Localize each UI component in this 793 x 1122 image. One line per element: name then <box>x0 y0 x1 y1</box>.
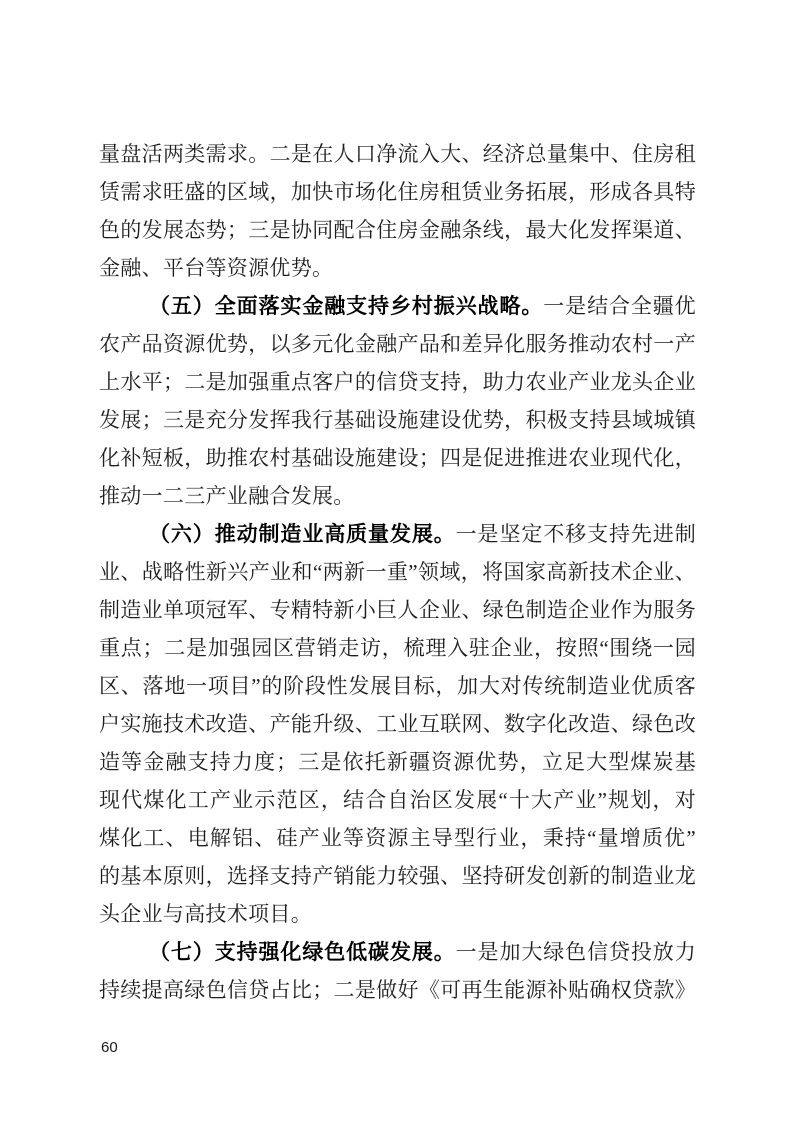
paragraph-heading-line-6: （六）推动制造业高质量发展。一是坚定不移支持先进制造 <box>99 515 696 553</box>
text-line: 色的发展态势；三是协同配合住房金融条线，最大化发挥渠道、 <box>99 211 696 249</box>
text-line: 煤化工、电解铝、硅产业等资源主导型行业，秉持“量增质优” <box>99 819 696 857</box>
paragraph-end-line: 推动一二三产业融合发展。 <box>99 477 696 515</box>
section-6-heading: （六）推动制造业高质量发展。 <box>149 522 456 546</box>
section-5-heading: （五）全面落实金融支持乡村振兴战略。 <box>149 294 543 318</box>
text-line: 持续提高绿色信贷占比；二是做好《可再生能源补贴确权贷款》 <box>99 971 696 1009</box>
section-7-heading: （七）支持强化绿色低碳发展。 <box>149 940 456 964</box>
text-line: 量盘活两类需求。二是在人口净流入大、经济总量集中、住房租 <box>99 135 696 173</box>
text-line: 业、战略性新兴产业和“两新一重”领域，将国家高新技术企业、 <box>99 553 696 591</box>
paragraph-heading-line-7: （七）支持强化绿色低碳发展。一是加大绿色信贷投放力度， <box>99 933 696 971</box>
text-line: 造等金融支持力度；三是依托新疆资源优势，立足大型煤炭基地、 <box>99 743 696 781</box>
text-line: 重点；二是加强园区营销走访，梳理入驻企业，按照“围绕一园 <box>99 629 696 667</box>
text-line: 农产品资源优势，以多元化金融产品和差异化服务推动农村一产 <box>99 325 696 363</box>
text-line: 赁需求旺盛的区域，加快市场化住房租赁业务拓展，形成各具特 <box>99 173 696 211</box>
paragraph-end-line: 金融、平台等资源优势。 <box>99 249 696 287</box>
document-page: 量盘活两类需求。二是在人口净流入大、经济总量集中、住房租 赁需求旺盛的区域，加快… <box>0 0 793 1122</box>
paragraph-heading-line-5: （五）全面落实金融支持乡村振兴战略。一是结合全疆优势 <box>99 287 696 325</box>
text-line: 上水平；二是加强重点客户的信贷支持，助力农业产业龙头企业 <box>99 363 696 401</box>
text-line: 化补短板，助推农村基础设施建设；四是促进推进农业现代化， <box>99 439 696 477</box>
text-line: 制造业单项冠军、专精特新小巨人企业、绿色制造企业作为服务 <box>99 591 696 629</box>
text-line: 发展；三是充分发挥我行基础设施建设优势，积极支持县域城镇 <box>99 401 696 439</box>
paragraph-end-line: 头企业与高技术项目。 <box>99 895 696 933</box>
body-text: 量盘活两类需求。二是在人口净流入大、经济总量集中、住房租 赁需求旺盛的区域，加快… <box>99 135 696 1009</box>
page-number: 60 <box>101 1039 118 1056</box>
text-line: 的基本原则，选择支持产销能力较强、坚持研发创新的制造业龙 <box>99 857 696 895</box>
text-line: 区、落地一项目”的阶段性发展目标，加大对传统制造业优质客 <box>99 667 696 705</box>
text-line: 现代煤化工产业示范区，结合自治区发展“十大产业”规划，对 <box>99 781 696 819</box>
text-line: 户实施技术改造、产能升级、工业互联网、数字化改造、绿色改 <box>99 705 696 743</box>
